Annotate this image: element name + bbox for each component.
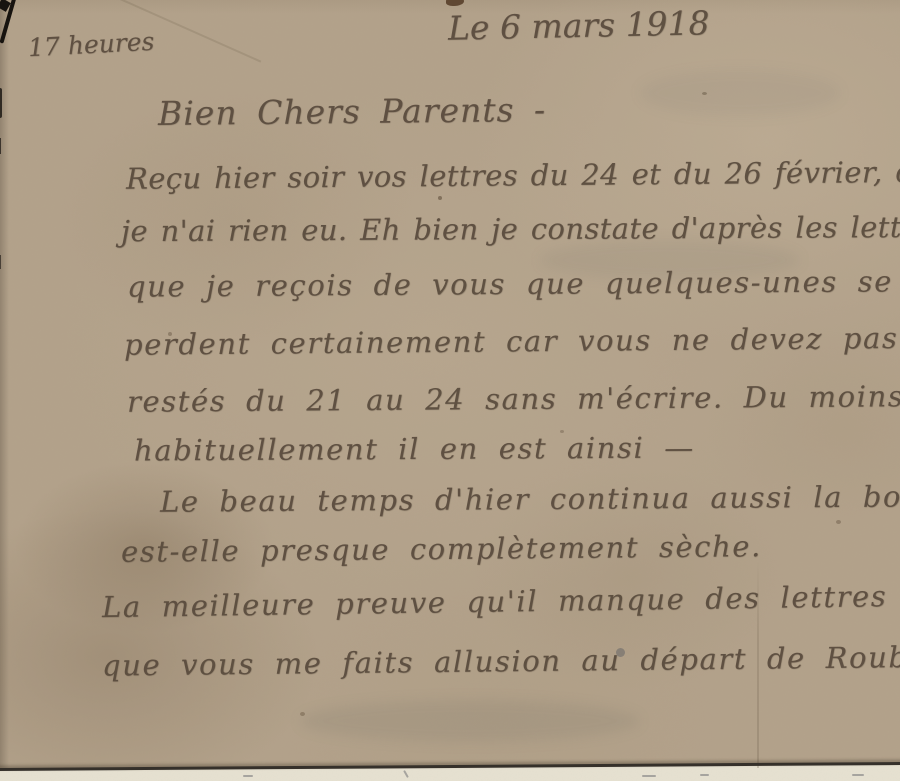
letter-scan: Le 6 mars 1918 17 heures Bien Chers Pare… [0, 0, 900, 781]
body-line: est-elle presque complètement sèche. [121, 529, 762, 569]
torn-edge-mark [0, 255, 1, 269]
paper-speck [438, 196, 442, 200]
body-line: habituellement il en est ainsi — [134, 431, 695, 468]
body-line: Le beau temps d'hier continua aussi la b… [160, 479, 900, 518]
body-line: Reçu hier soir vos lettres du 24 et du 2… [126, 154, 900, 196]
under-page-strip [0, 763, 900, 781]
torn-edge-mark [0, 88, 2, 118]
under-page-mark [243, 775, 253, 777]
salutation: Bien Chers Parents - [158, 90, 546, 133]
paper-speck [836, 520, 841, 524]
body-line: perdent certainement car vous ne devez p… [124, 320, 900, 362]
torn-edge-mark [0, 138, 1, 154]
body-line: restés du 21 au 24 sans m'écrire. Du moi… [127, 379, 900, 418]
date-line: Le 6 mars 1918 [448, 3, 710, 47]
under-page-mark [700, 774, 709, 776]
under-page-mark [852, 774, 864, 776]
under-page-mark [642, 775, 656, 777]
body-line: je n'ai rien eu. Eh bien je constate d'a… [121, 210, 900, 248]
body-line: que je reçois de vous que quelques-unes … [127, 264, 893, 303]
ink-bleed-through [640, 70, 840, 116]
ink-bleed-through [300, 700, 640, 742]
under-page-mark [403, 770, 409, 778]
